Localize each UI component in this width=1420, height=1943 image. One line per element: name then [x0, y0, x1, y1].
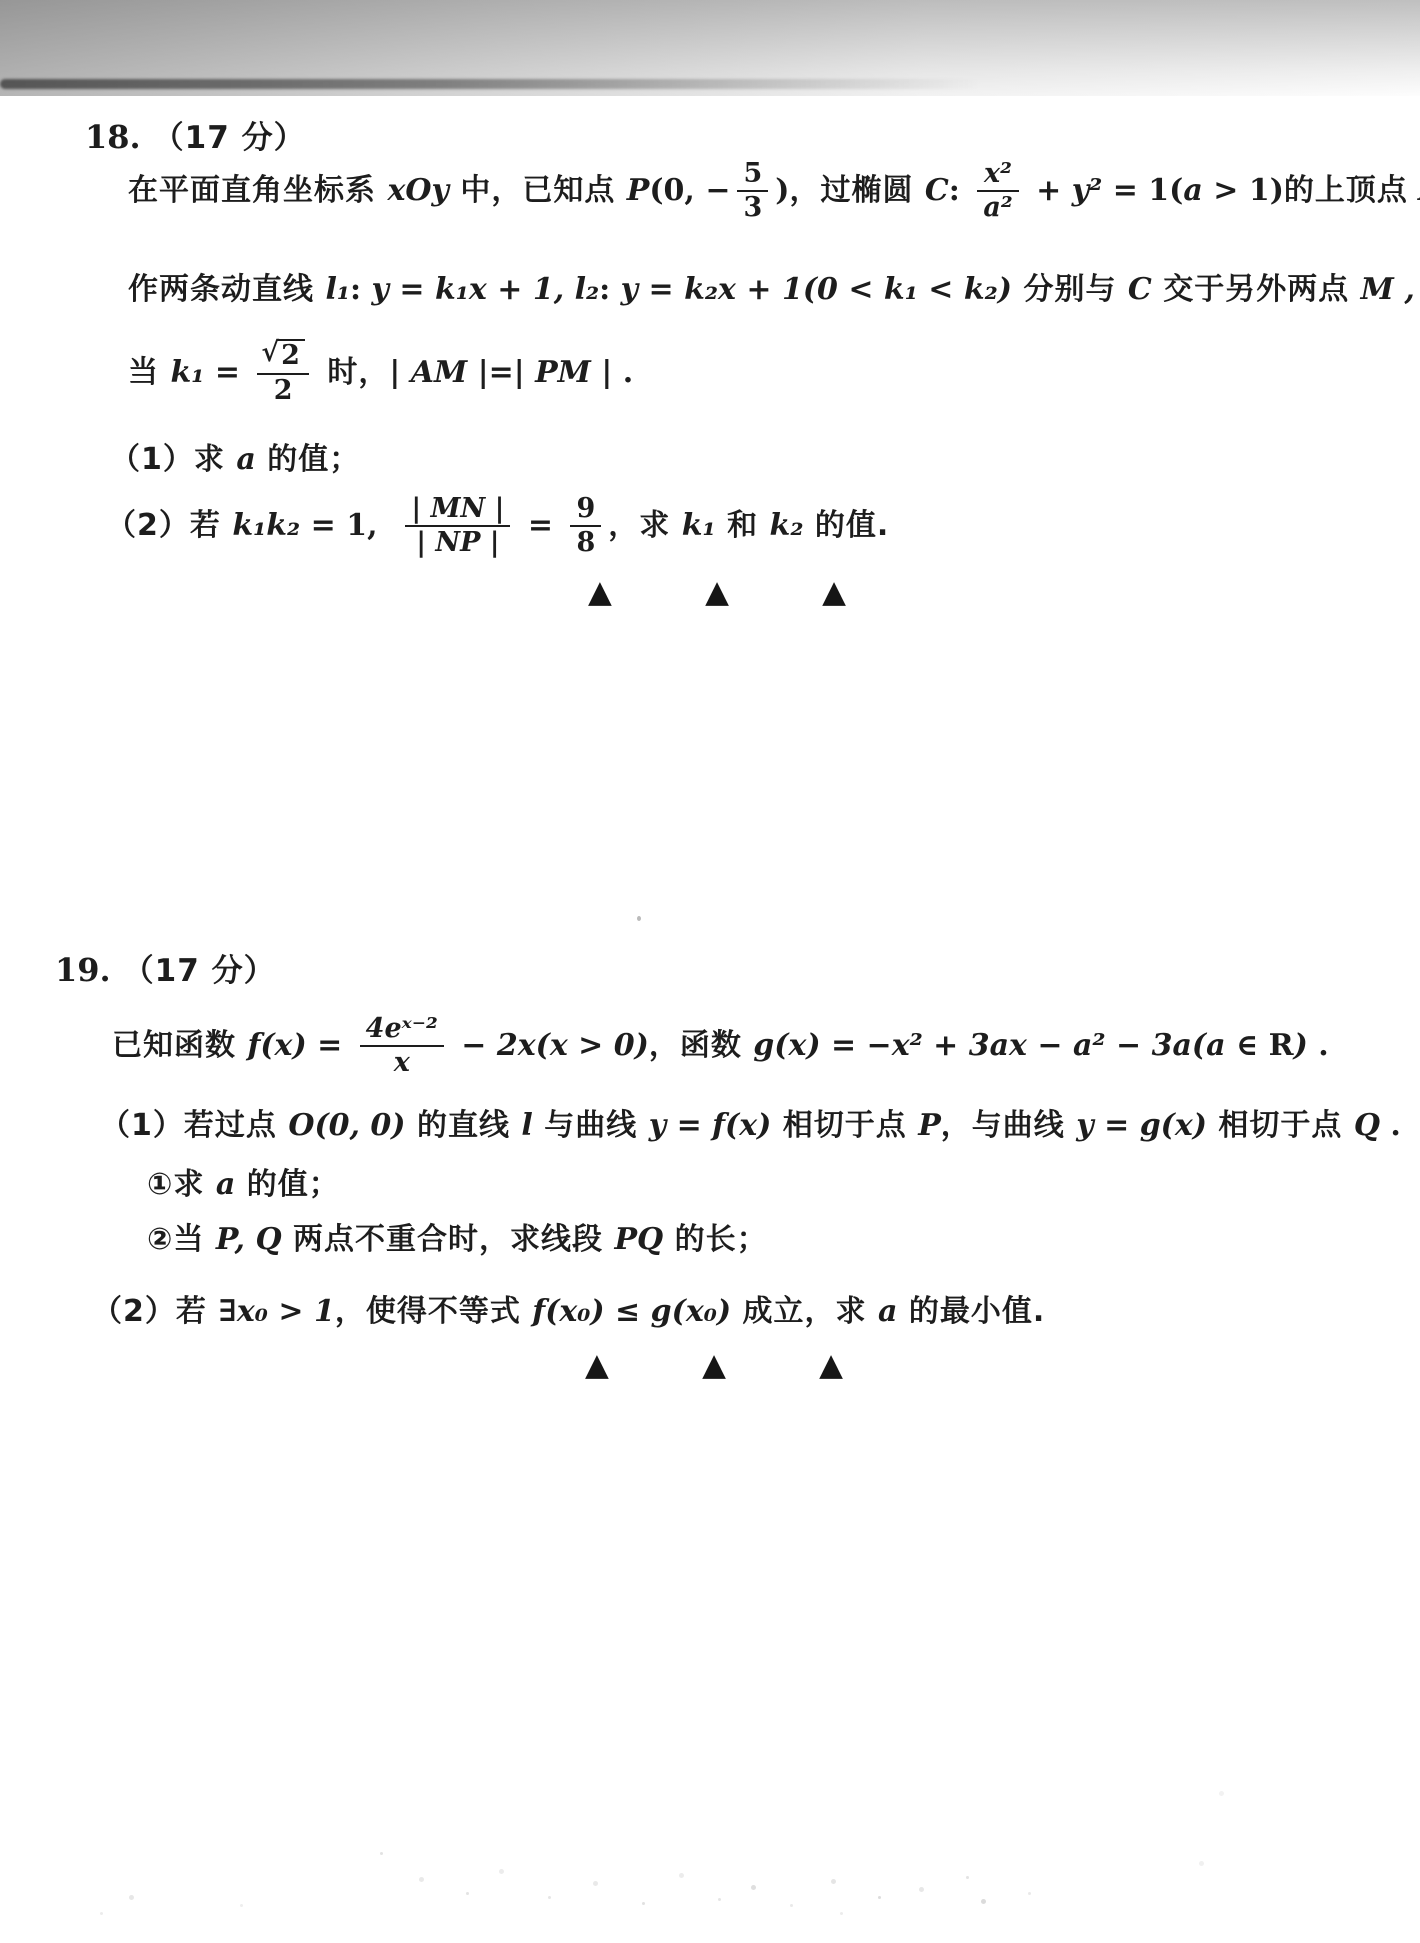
problem-19-question-1: （1）若过点 O(0, 0) 的直线 l 与曲线 y = f(x) 相切于点 P… [100, 1101, 1401, 1151]
text-run: （2）若 [92, 1294, 218, 1330]
math-run: k₁ [170, 355, 204, 391]
text-run: 分别与 [1012, 272, 1128, 308]
problem-18-statement-line-1: 在平面直角坐标系 xOy 中，已知点 P(0, −53)，过椭圆 C: x²a²… [128, 145, 1420, 237]
fraction: x²a² [977, 159, 1018, 223]
math-operator-run: ) [775, 173, 789, 209]
problem-number: 19. [55, 951, 111, 989]
text-run: ，求 [608, 508, 681, 544]
sqrt-fraction: √22 [257, 339, 309, 405]
triangle-marker-icon: ▲ [588, 577, 612, 608]
triangle-marker-icon: ▲ [702, 1350, 726, 1381]
math-run: l₁ [325, 272, 350, 308]
problem-19-question-1-sub-1: ①求 a 的值； [147, 1162, 340, 1208]
math-operator-run: : [599, 272, 621, 308]
text-run: 当 [128, 355, 170, 391]
math-operator-run: . [1380, 1108, 1401, 1144]
text-run: 的上顶点 [1284, 173, 1419, 209]
triangle-marker-icon: ▲ [585, 1350, 609, 1381]
problem-19-question-2: （2）若 ∃x₀ > 1，使得不等式 f(x₀) ≤ g(x₀) 成立，求 a … [92, 1283, 1045, 1341]
fraction-numerator: x² [977, 159, 1018, 190]
text-run: （1）若过点 [100, 1108, 288, 1144]
triangle-marker-icon: ▲ [705, 577, 729, 608]
exam-paper-page: 18. （17 分） 在平面直角坐标系 xOy 中，已知点 P(0, −53)，… [0, 0, 1420, 1943]
math-run: O(0, 0) [288, 1108, 405, 1144]
fraction-numerator: 4eˣ⁻² [360, 1014, 444, 1045]
text-run: 和 [716, 508, 770, 544]
math-operator-run: . [1308, 1028, 1329, 1064]
text-run: 的值. [803, 508, 889, 544]
math-operator-run: + [1026, 173, 1072, 209]
math-run: l [521, 1108, 532, 1144]
fraction-denominator: x [360, 1045, 444, 1078]
math-run: y = g(x) [1076, 1108, 1207, 1144]
math-run: g(x) = −x² + 3ax − a² − 3a(a ∈ [753, 1028, 1268, 1064]
scan-speck [637, 916, 641, 921]
math-run: P [627, 173, 650, 209]
text-run: 作两条动直线 [128, 272, 325, 308]
fraction: 4eˣ⁻²x [360, 1014, 444, 1078]
text-run: 的值； [235, 1167, 339, 1203]
text-run: ，函数 [649, 1028, 753, 1064]
math-run: f(x) = [247, 1028, 352, 1064]
math-run: P [918, 1108, 941, 1144]
math-run: a [878, 1294, 897, 1330]
math-run: PQ [614, 1222, 663, 1258]
math-run: f(x₀) ≤ g(x₀) [532, 1294, 731, 1330]
fraction-numerator: 9 [570, 494, 601, 525]
math-operator-run: = [204, 355, 250, 391]
math-run: k₁ [682, 508, 716, 544]
text-run: ，过椭圆 [789, 173, 924, 209]
text-run: 时， [316, 355, 389, 391]
text-run: 已知函数 [112, 1028, 247, 1064]
scan-edge-shadow [0, 79, 980, 89]
math-run: a [236, 442, 255, 478]
math-bold-run: R [1269, 1028, 1294, 1064]
fraction-denominator: | NP | [405, 525, 510, 558]
fraction-numerator: | MN | [405, 494, 510, 525]
fraction-numerator: √2 [257, 339, 309, 372]
math-run: k₁k₂ [232, 508, 300, 544]
math-operator-run: . [612, 355, 633, 391]
math-operator-run: = 1, [300, 508, 398, 544]
math-run: Q [1354, 1108, 1380, 1144]
math-operator-run: : [350, 272, 372, 308]
math-operator-run: = [517, 508, 563, 544]
triangle-marker-icon: ▲ [822, 577, 846, 608]
triangle-marker-icon: ▲ [819, 1350, 843, 1381]
text-run: 两点不重合时，求线段 [282, 1222, 615, 1258]
text-run: 中，已知点 [449, 173, 627, 209]
problem-18-statement-line-3: 当 k₁ = √22 时，| AM |=| PM | . [128, 325, 633, 420]
fraction-denominator: a² [977, 190, 1018, 223]
problem-19-header: 19. （17 分） [55, 945, 276, 990]
problem-19-statement-line-1: 已知函数 f(x) = 4eˣ⁻²x − 2x(x > 0)，函数 g(x) =… [112, 998, 1329, 1094]
math-operator-run: : [949, 173, 971, 209]
text-run: ，使得不等式 [335, 1294, 532, 1330]
math-run: C [1128, 272, 1152, 308]
text-run: ②当 [147, 1222, 216, 1258]
fraction: | MN || NP | [405, 494, 510, 558]
scan-noise [380, 1852, 383, 1855]
math-run: a [216, 1167, 235, 1203]
text-run: 相切于点 [1207, 1108, 1354, 1144]
answer-separator-19: ▲ ▲ ▲ [585, 1350, 843, 1381]
math-run: a [1183, 173, 1202, 209]
text-run: 的最小值. [897, 1294, 1045, 1330]
text-run: 的值； [256, 442, 360, 478]
text-run: ①求 [147, 1167, 216, 1203]
math-run: P, Q [216, 1222, 282, 1258]
math-run: ∃x₀ > 1 [218, 1294, 335, 1330]
fraction-numerator: 5 [737, 159, 768, 190]
math-run: xOy [387, 173, 448, 209]
problem-19-question-1-sub-2: ②当 P, Q 两点不重合时，求线段 PQ 的长； [147, 1216, 768, 1264]
text-run: 与曲线 [533, 1108, 649, 1144]
math-run: ) [1294, 1028, 1308, 1064]
text-run: （1）求 [110, 442, 236, 478]
fraction-denominator: 3 [737, 190, 768, 223]
fraction: 98 [570, 494, 601, 558]
math-operator-run: > 1) [1203, 173, 1284, 209]
math-run: k₂ [770, 508, 804, 544]
math-run: y = k₁x + 1, l₂ [372, 272, 600, 308]
math-operator-run: = 1( [1102, 173, 1183, 209]
math-run: | AM |=| PM | [389, 355, 612, 391]
math-run: y = k₂x + 1(0 < k₁ < k₂) [621, 272, 1012, 308]
math-run: − 2x(x > 0) [451, 1028, 649, 1064]
text-run: 的直线 [406, 1108, 522, 1144]
text-run: 相切于点 [771, 1108, 918, 1144]
text-run: 的长； [663, 1222, 767, 1258]
math-run: M , N [1361, 272, 1420, 308]
text-run: ，与曲线 [941, 1108, 1076, 1144]
problem-18-statement-line-2: 作两条动直线 l₁: y = k₁x + 1, l₂: y = k₂x + 1(… [128, 262, 1420, 318]
text-run: 在平面直角坐标系 [128, 173, 387, 209]
math-run: y = f(x) [649, 1108, 772, 1144]
problem-18-question-1: （1）求 a 的值； [110, 437, 360, 483]
fraction-denominator: 2 [257, 373, 309, 406]
math-run: C [925, 173, 949, 209]
math-run: y² [1072, 173, 1103, 209]
math-operator-run: (0, − [649, 173, 730, 209]
answer-separator-18: ▲ ▲ ▲ [588, 577, 846, 608]
radical-sign: √ [261, 338, 279, 368]
text-run: （2）若 [106, 508, 232, 544]
fraction-denominator: 8 [570, 525, 601, 558]
fraction: 53 [737, 159, 768, 223]
text-run: 交于另外两点 [1152, 272, 1361, 308]
problem-18-question-2: （2）若 k₁k₂ = 1, | MN || NP | = 98，求 k₁ 和 … [106, 480, 889, 572]
text-run: 成立，求 [731, 1294, 878, 1330]
problem-score: （17 分） [123, 945, 276, 990]
radicand: 2 [277, 339, 305, 371]
